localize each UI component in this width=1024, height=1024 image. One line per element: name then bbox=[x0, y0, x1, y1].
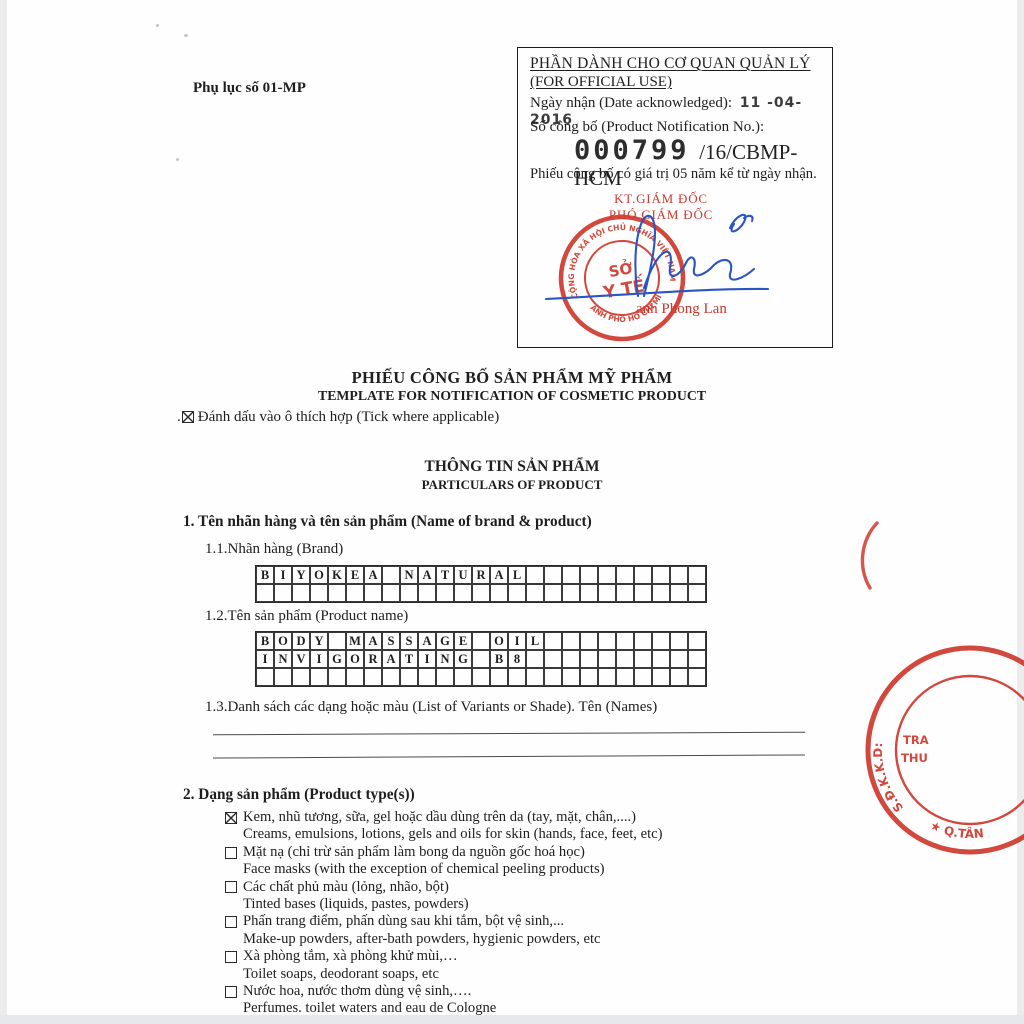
letter-cell bbox=[670, 668, 688, 686]
product-type-item: Xà phòng tắm, xà phòng khử mùi,… bbox=[225, 948, 845, 965]
letter-cell bbox=[526, 650, 544, 668]
letter-cell bbox=[364, 584, 382, 602]
scan-artifact bbox=[176, 158, 179, 161]
letter-grid-row: INVIGORATINGB8 bbox=[256, 650, 706, 668]
letter-cell: A bbox=[364, 566, 382, 584]
variants-label: 1.3.Danh sách các dạng hoặc màu (List of… bbox=[205, 699, 657, 716]
letter-cell bbox=[688, 668, 706, 686]
letter-cell bbox=[274, 668, 292, 686]
letter-cell: A bbox=[418, 632, 436, 650]
checkbox-unchecked-icon bbox=[225, 847, 237, 859]
letter-cell bbox=[544, 668, 562, 686]
letter-cell: O bbox=[346, 650, 364, 668]
letter-cell bbox=[490, 584, 508, 602]
product-type-item: Phấn trang điểm, phấn dùng sau khi tắm, … bbox=[225, 913, 845, 930]
letter-cell bbox=[598, 566, 616, 584]
product-type-label-en: Make-up powders, after-bath powders, hyg… bbox=[225, 931, 845, 948]
letter-cell: L bbox=[526, 632, 544, 650]
letter-cell: N bbox=[400, 566, 418, 584]
letter-cell bbox=[382, 668, 400, 686]
letter-cell bbox=[292, 584, 310, 602]
letter-cell bbox=[328, 632, 346, 650]
letter-cell bbox=[526, 668, 544, 686]
letter-cell: U bbox=[454, 566, 472, 584]
letter-cell bbox=[562, 650, 580, 668]
letter-cell bbox=[526, 566, 544, 584]
letter-cell: I bbox=[256, 650, 274, 668]
letter-cell: O bbox=[310, 566, 328, 584]
product-letter-grid: BODYMASSAGEOILINVIGORATINGB8 bbox=[255, 631, 707, 687]
letter-cell: V bbox=[292, 650, 310, 668]
letter-cell bbox=[688, 632, 706, 650]
checkbox-unchecked-icon bbox=[225, 986, 237, 998]
letter-cell bbox=[580, 650, 598, 668]
letter-cell: G bbox=[328, 650, 346, 668]
letter-cell bbox=[652, 668, 670, 686]
scan-artifact bbox=[156, 24, 159, 27]
letter-cell bbox=[472, 632, 490, 650]
letter-cell bbox=[670, 632, 688, 650]
product-type-item: Nước hoa, nước thơm dùng vệ sinh,…. bbox=[225, 983, 845, 1000]
variants-blank-line-1 bbox=[213, 732, 805, 736]
letter-cell bbox=[454, 668, 472, 686]
product-type-item: Kem, nhũ tương, sữa, gel hoặc dầu dùng t… bbox=[225, 809, 845, 826]
checkbox-unchecked-icon bbox=[225, 881, 237, 893]
letter-cell: O bbox=[274, 632, 292, 650]
letter-cell: G bbox=[454, 650, 472, 668]
variants-blank-line-2 bbox=[213, 754, 805, 758]
letter-cell: Y bbox=[292, 566, 310, 584]
letter-cell: A bbox=[382, 650, 400, 668]
scanned-document-page: Phụ lục số 01-MP PHẦN DÀNH CHO CƠ QUAN Q… bbox=[0, 0, 1024, 1024]
document-title-en: TEMPLATE FOR NOTIFICATION OF COSMETIC PR… bbox=[0, 388, 1024, 404]
letter-cell bbox=[598, 668, 616, 686]
product-type-label-vi: Các chất phủ màu (lỏng, nhão, bột) bbox=[243, 879, 449, 896]
checkbox-unchecked-icon bbox=[225, 916, 237, 928]
stamp-edge-crescent bbox=[860, 520, 882, 592]
product-type-label-vi: Phấn trang điểm, phấn dùng sau khi tắm, … bbox=[243, 913, 564, 930]
letter-cell bbox=[652, 632, 670, 650]
side-stamp-center-line2: THU bbox=[901, 751, 928, 765]
product-type-item: Các chất phủ màu (lỏng, nhão, bột) bbox=[225, 879, 845, 896]
tick-note-prefix: . bbox=[177, 409, 181, 425]
letter-cell: T bbox=[400, 650, 418, 668]
letter-grid-row bbox=[256, 584, 706, 602]
letter-cell bbox=[652, 650, 670, 668]
product-type-label-en: Creams, emulsions, lotions, gels and oil… bbox=[225, 826, 845, 843]
letter-cell bbox=[598, 650, 616, 668]
letter-cell bbox=[562, 632, 580, 650]
letter-cell bbox=[652, 566, 670, 584]
letter-cell: E bbox=[346, 566, 364, 584]
letter-cell bbox=[544, 566, 562, 584]
letter-cell bbox=[400, 584, 418, 602]
letter-cell: M bbox=[346, 632, 364, 650]
product-type-label-en: Face masks (with the exception of chemic… bbox=[225, 861, 845, 878]
letter-cell: A bbox=[364, 632, 382, 650]
letter-cell bbox=[616, 632, 634, 650]
tick-note: .Đánh dấu vào ô thích hợp (Tick where ap… bbox=[177, 409, 499, 426]
brand-letter-grid: BIYOKEANATURAL bbox=[255, 565, 707, 603]
letter-cell bbox=[490, 668, 508, 686]
letter-cell bbox=[616, 668, 634, 686]
letter-cell bbox=[400, 668, 418, 686]
letter-cell bbox=[544, 632, 562, 650]
product-type-label-vi: Kem, nhũ tương, sữa, gel hoặc dầu dùng t… bbox=[243, 809, 636, 826]
letter-cell bbox=[382, 584, 400, 602]
letter-cell bbox=[580, 632, 598, 650]
letter-grid-row: BODYMASSAGEOIL bbox=[256, 632, 706, 650]
letter-cell bbox=[670, 584, 688, 602]
letter-cell bbox=[310, 584, 328, 602]
letter-cell bbox=[544, 584, 562, 602]
letter-cell bbox=[256, 668, 274, 686]
letter-cell bbox=[418, 668, 436, 686]
side-stamp-center-line1: TRA bbox=[903, 733, 929, 747]
letter-cell: K bbox=[328, 566, 346, 584]
letter-cell bbox=[580, 584, 598, 602]
letter-cell: B bbox=[256, 566, 274, 584]
letter-cell: I bbox=[418, 650, 436, 668]
letter-cell: B bbox=[490, 650, 508, 668]
letter-cell bbox=[634, 650, 652, 668]
letter-cell: I bbox=[274, 566, 292, 584]
product-type-label-en: Perfumes. toilet waters and eau de Colog… bbox=[225, 1000, 845, 1017]
letter-cell bbox=[472, 650, 490, 668]
letter-cell: R bbox=[472, 566, 490, 584]
letter-cell bbox=[418, 584, 436, 602]
letter-cell bbox=[598, 584, 616, 602]
letter-cell: S bbox=[400, 632, 418, 650]
letter-cell bbox=[436, 668, 454, 686]
letter-cell bbox=[256, 584, 274, 602]
letter-cell: B bbox=[256, 632, 274, 650]
checkbox-unchecked-icon bbox=[225, 951, 237, 963]
letter-cell: A bbox=[490, 566, 508, 584]
letter-cell bbox=[598, 632, 616, 650]
letter-cell bbox=[346, 584, 364, 602]
letter-cell: A bbox=[418, 566, 436, 584]
letter-cell: L bbox=[508, 566, 526, 584]
letter-cell bbox=[382, 566, 400, 584]
checkbox-checked-icon bbox=[182, 411, 194, 423]
letter-cell bbox=[634, 584, 652, 602]
letter-cell: E bbox=[454, 632, 472, 650]
section-title-vi: THÔNG TIN SẢN PHẨM bbox=[0, 458, 1024, 476]
letter-cell bbox=[508, 668, 526, 686]
letter-cell bbox=[472, 668, 490, 686]
letter-cell: N bbox=[436, 650, 454, 668]
letter-cell bbox=[634, 632, 652, 650]
letter-cell bbox=[328, 668, 346, 686]
letter-cell bbox=[652, 584, 670, 602]
letter-cell bbox=[670, 566, 688, 584]
appendix-label: Phụ lục số 01-MP bbox=[193, 80, 306, 97]
letter-cell: S bbox=[382, 632, 400, 650]
letter-cell bbox=[454, 584, 472, 602]
letter-cell bbox=[616, 584, 634, 602]
tick-note-text: Đánh dấu vào ô thích hợp (Tick where app… bbox=[198, 409, 499, 425]
letter-cell bbox=[580, 668, 598, 686]
letter-cell bbox=[274, 584, 292, 602]
scan-edge-left bbox=[0, 0, 7, 1024]
product-type-label-vi: Mặt nạ (chỉ trừ sản phẩm làm bong da ngu… bbox=[243, 844, 585, 861]
brand-label: 1.1.Nhãn hàng (Brand) bbox=[205, 541, 343, 558]
letter-cell bbox=[634, 668, 652, 686]
document-title-vi: PHIẾU CÔNG BỐ SẢN PHẨM MỸ PHẨM bbox=[0, 368, 1024, 388]
letter-cell bbox=[544, 650, 562, 668]
letter-cell bbox=[580, 566, 598, 584]
letter-cell bbox=[634, 566, 652, 584]
letter-cell: 8 bbox=[508, 650, 526, 668]
letter-cell bbox=[688, 650, 706, 668]
letter-cell: I bbox=[310, 650, 328, 668]
checkbox-checked-icon bbox=[225, 812, 237, 824]
product-type-label-vi: Nước hoa, nước thơm dùng vệ sinh,…. bbox=[243, 983, 471, 1000]
letter-cell: Y bbox=[310, 632, 328, 650]
section-title-en: PARTICULARS OF PRODUCT bbox=[0, 477, 1024, 493]
letter-cell bbox=[364, 668, 382, 686]
product-type-label-en: Toilet soaps, deodorant soaps, etc bbox=[225, 966, 845, 983]
letter-cell bbox=[436, 584, 454, 602]
letter-cell bbox=[688, 584, 706, 602]
company-registration-stamp-partial: S.Đ.K.K.D: ★ Q.TÂN TRA THU bbox=[845, 632, 1024, 882]
letter-cell bbox=[562, 566, 580, 584]
scan-artifact bbox=[184, 34, 188, 37]
product-type-item: Mặt nạ (chỉ trừ sản phẩm làm bong da ngu… bbox=[225, 844, 845, 861]
letter-cell: R bbox=[364, 650, 382, 668]
section1-heading: 1. Tên nhãn hàng và tên sản phẩm (Name o… bbox=[183, 513, 592, 531]
letter-cell: I bbox=[508, 632, 526, 650]
letter-cell bbox=[472, 584, 490, 602]
letter-cell: O bbox=[490, 632, 508, 650]
letter-cell bbox=[616, 566, 634, 584]
letter-cell bbox=[292, 668, 310, 686]
letter-cell bbox=[310, 668, 328, 686]
letter-cell: T bbox=[436, 566, 454, 584]
product-type-list: Kem, nhũ tương, sữa, gel hoặc dầu dùng t… bbox=[225, 809, 845, 1018]
product-name-label: 1.2.Tên sản phẩm (Product name) bbox=[205, 608, 408, 625]
letter-grid-row: BIYOKEANATURAL bbox=[256, 566, 706, 584]
letter-cell bbox=[508, 584, 526, 602]
official-use-box: PHẦN DÀNH CHO CƠ QUAN QUẢN LÝ (FOR OFFIC… bbox=[517, 47, 833, 348]
letter-grid-row bbox=[256, 668, 706, 686]
letter-cell: D bbox=[292, 632, 310, 650]
section2-heading: 2. Dạng sản phẩm (Product type(s)) bbox=[183, 786, 415, 804]
letter-cell: G bbox=[436, 632, 454, 650]
letter-cell bbox=[328, 584, 346, 602]
letter-cell bbox=[526, 584, 544, 602]
letter-cell bbox=[562, 584, 580, 602]
signature-ink bbox=[518, 48, 834, 349]
letter-cell: N bbox=[274, 650, 292, 668]
letter-cell bbox=[562, 668, 580, 686]
letter-cell bbox=[688, 566, 706, 584]
letter-cell bbox=[346, 668, 364, 686]
letter-cell bbox=[670, 650, 688, 668]
letter-cell bbox=[616, 650, 634, 668]
product-type-label-en: Tinted bases (liquids, pastes, powders) bbox=[225, 896, 845, 913]
product-type-label-vi: Xà phòng tắm, xà phòng khử mùi,… bbox=[243, 948, 458, 965]
